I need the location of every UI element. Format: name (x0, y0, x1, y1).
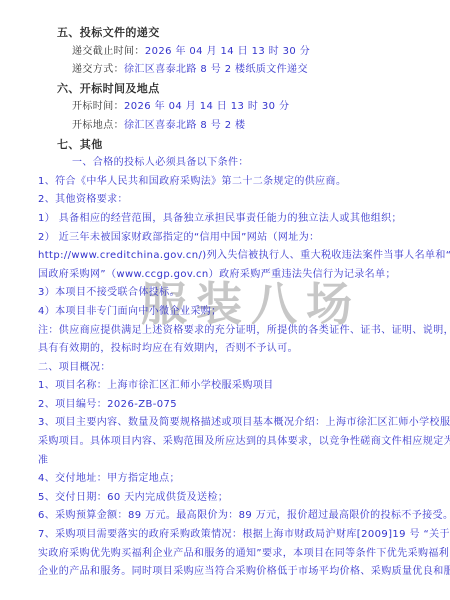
document-body: 五、投标文件的递交递交截止时间：2026 年 04 月 14 日 13 时 30… (0, 24, 450, 582)
text-segment: 开标时间： (72, 101, 124, 112)
document-line: 递交方式：徐汇区喜泰北路 8 号 2 楼纸质文件递交 (0, 61, 450, 80)
document-line: 1） 具备相应的经营范围，具备独立承担民事责任能力的独立法人或其他组织； (0, 210, 450, 229)
text-segment: 徐汇区喜泰北路 8 号 2 楼 (124, 120, 245, 131)
text-segment: 一、合格的投标人必须具备以下条件： (72, 157, 249, 168)
text-segment: 二、项目概况： (38, 362, 111, 373)
section-heading: 五、投标文件的递交 (0, 24, 450, 43)
document-line: 3、项目主要内容、数量及简要规格描述或项目基本概况介绍：上海市徐汇区汇师小学校服 (0, 414, 450, 433)
document-line: 4）本项目非专门面向中小微企业采购； (0, 303, 450, 322)
document-line: 企业的产品和服务。同时项目采购应当符合采购价格低于市场平均价格、采购质量优良和服 (0, 563, 450, 582)
text-segment: 4）本项目非专门面向中小微企业采购； (38, 306, 222, 317)
text-segment: 6、采购预算金额：89 万元。最高限价为：89 万元，报价超过最高限价的投标不予… (38, 510, 450, 521)
text-segment: 递交方式： (72, 64, 124, 75)
document-line: 准 (0, 452, 450, 471)
text-segment: 3、项目主要内容、数量及简要规格描述或项目基本概况介绍：上海市徐汇区汇师小学校服 (38, 417, 450, 428)
document-line: 5、交付日期：60 天内完成供货及送检； (0, 489, 450, 508)
document-line: 二、项目概况： (0, 359, 450, 378)
text-segment: http://www.creditchina.gov.cn/)列入失信被执行人、… (38, 250, 450, 261)
text-segment: 注：供应商应提供满足上述资格要求的充分证明，所提供的各类证件、证书、证明、说明， (38, 325, 450, 336)
text-segment: 1、符合《中华人民共和国政府采购法》第二十二条规定的供应商。 (38, 176, 346, 187)
document-line: 2、其他资格要求： (0, 191, 450, 210)
document-line: 7、采购项目需要落实的政府采购政策情况：根据上海市财政局沪财库[2009]19 … (0, 526, 450, 545)
document-line: 4、交付地址：甲方指定地点； (0, 470, 450, 489)
document-page: 服装八场 五、投标文件的递交递交截止时间：2026 年 04 月 14 日 13… (0, 0, 450, 600)
text-segment: 递交截止时间： (72, 46, 145, 57)
text-segment: 五、投标文件的递交 (57, 26, 160, 39)
text-segment: 5、交付日期：60 天内完成供货及送检； (38, 492, 228, 503)
document-line: 开标时间：2026 年 04 月 14 日 13 时 30 分 (0, 98, 450, 117)
text-segment: 国政府采购网”（www.ccgp.gov.cn）政府采购严重违法失信行为记录名单… (38, 269, 396, 280)
text-segment: 实政府采购优先购买福利企业产品和服务的通知”要求，本项目在同等条件下优先采购福利 (38, 548, 449, 559)
document-line: 开标地点：徐汇区喜泰北路 8 号 2 楼 (0, 117, 450, 136)
text-segment: 准 (38, 455, 48, 466)
document-line: 注：供应商应提供满足上述资格要求的充分证明，所提供的各类证件、证书、证明、说明， (0, 322, 450, 341)
text-segment: 2、其他资格要求： (38, 194, 128, 205)
text-segment: 开标地点： (72, 120, 124, 131)
document-line: 递交截止时间：2026 年 04 月 14 日 13 时 30 分 (0, 43, 450, 62)
text-segment: 六、开标时间及地点 (57, 82, 160, 95)
section-heading: 七、其他 (0, 136, 450, 155)
text-segment: 4、交付地址：甲方指定地点； (38, 473, 180, 484)
text-segment: 2） 近三年未被国家财政部指定的“信用中国”网站（网址为： (38, 232, 320, 243)
document-line: 采购项目。具体项目内容、采购范围及所应达到的具体要求，以竞争性磋商文件相应规定为 (0, 433, 450, 452)
text-segment: 2026 年 04 月 14 日 13 时 30 分 (145, 46, 310, 57)
text-segment: 采购项目。具体项目内容、采购范围及所应达到的具体要求，以竞争性磋商文件相应规定为 (38, 436, 450, 447)
document-line: 国政府采购网”（www.ccgp.gov.cn）政府采购严重违法失信行为记录名单… (0, 266, 450, 285)
text-segment: 徐汇区喜泰北路 8 号 2 楼纸质文件递交 (124, 64, 308, 75)
document-line: http://www.creditchina.gov.cn/)列入失信被执行人、… (0, 247, 450, 266)
text-segment: 2、项目编号：2026-ZB-075 (38, 399, 177, 410)
document-line: 实政府采购优先购买福利企业产品和服务的通知”要求，本项目在同等条件下优先采购福利 (0, 545, 450, 564)
document-line: 具有有效期的，投标时均应在有效期内，否则不予认可。 (0, 340, 450, 359)
text-segment: 七、其他 (57, 138, 103, 151)
document-line: 2、项目编号：2026-ZB-075 (0, 396, 450, 415)
document-line: 6、采购预算金额：89 万元。最高限价为：89 万元，报价超过最高限价的投标不予… (0, 507, 450, 526)
document-line: 1、项目名称：上海市徐汇区汇师小学校服采购项目 (0, 377, 450, 396)
document-line: 1、符合《中华人民共和国政府采购法》第二十二条规定的供应商。 (0, 173, 450, 192)
text-segment: 企业的产品和服务。同时项目采购应当符合采购价格低于市场平均价格、采购质量优良和服 (38, 566, 450, 577)
document-line: 2） 近三年未被国家财政部指定的“信用中国”网站（网址为： (0, 229, 450, 248)
text-segment: 1） 具备相应的经营范围，具备独立承担民事责任能力的独立法人或其他组织； (38, 213, 402, 224)
text-segment: 具有有效期的，投标时均应在有效期内，否则不予认可。 (38, 343, 298, 354)
text-segment: 3）本项目不接受联合体投标。 (38, 287, 180, 298)
text-segment: 7、采购项目需要落实的政府采购政策情况：根据上海市财政局沪财库[2009]19 … (38, 529, 450, 540)
text-segment: 2026 年 04 月 14 日 13 时 30 分 (124, 101, 289, 112)
section-heading: 六、开标时间及地点 (0, 80, 450, 99)
text-segment: 1、项目名称：上海市徐汇区汇师小学校服采购项目 (38, 380, 274, 391)
document-line: 一、合格的投标人必须具备以下条件： (0, 154, 450, 173)
document-line: 3）本项目不接受联合体投标。 (0, 284, 450, 303)
